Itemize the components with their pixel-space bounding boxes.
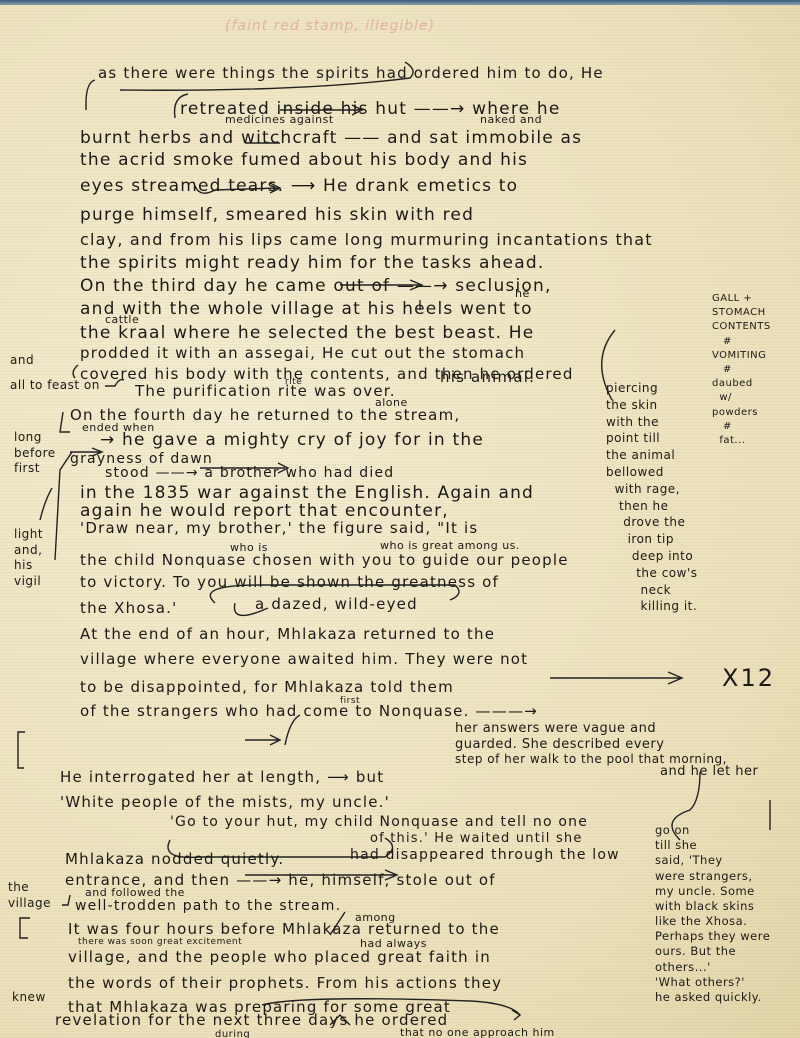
text-line-20: again he would report that encounter, bbox=[80, 503, 449, 520]
text-line-32: of this.' He waited until she bbox=[370, 832, 583, 845]
left-margin-knew: knew bbox=[12, 990, 46, 1006]
left-margin-long-before-first: long before first bbox=[14, 430, 56, 477]
page-top-edge bbox=[0, 0, 800, 5]
text-line-37: It was four hours before Mhlakaza return… bbox=[68, 922, 500, 937]
text-line-6: purge himself, smeared his skin with red bbox=[80, 207, 474, 224]
insertion-no-one-approach: that no one approach him bbox=[400, 1027, 555, 1038]
text-line-10: and with the whole village at his heels … bbox=[80, 301, 533, 318]
insertion-and-he-let-her: and he let her bbox=[660, 765, 758, 778]
insertion-her-answers-1: her answers were vague and bbox=[455, 722, 656, 735]
insertion-during: during bbox=[215, 1030, 250, 1038]
text-line-29: He interrogated her at length, ⟶ but bbox=[60, 770, 384, 785]
left-margin-light-vigil: light and, his vigil bbox=[14, 527, 43, 589]
text-line-41: revelation for the next three days he or… bbox=[55, 1013, 448, 1028]
insertion-and-followed: and followed the bbox=[85, 887, 185, 898]
text-line-9: On the third day he came out of ——→ secl… bbox=[80, 278, 552, 295]
insertion-her-answers-2: guarded. She described every bbox=[455, 738, 664, 751]
text-line-39: the words of their prophets. From his ac… bbox=[68, 976, 502, 991]
text-line-3: burnt herbs and witchcraft —— and sat im… bbox=[80, 130, 582, 147]
text-line-5: eyes streamed tears. ⟶ He drank emetics … bbox=[80, 178, 518, 195]
text-line-18: stood ——→ a brother who had died bbox=[105, 466, 394, 480]
right-margin-go-on-notes: go on till she said, 'They were stranger… bbox=[655, 823, 770, 1005]
insertion-rite: rite bbox=[285, 378, 302, 387]
text-line-4: the acrid smoke fumed about his body and… bbox=[80, 152, 528, 169]
page-marker-x12: X12 bbox=[722, 664, 775, 692]
insertion-who-is-great: who is great among us. bbox=[380, 540, 520, 551]
left-margin-all-to-feast: all to feast on bbox=[10, 378, 100, 394]
text-line-8: the spirits might ready him for the task… bbox=[80, 255, 544, 272]
insertion-he: he bbox=[515, 288, 530, 299]
right-margin-piercing-notes: piercing the skin with the point till th… bbox=[606, 380, 698, 615]
text-line-36: well-trodden path to the stream. bbox=[75, 899, 341, 913]
text-line-11: the kraal where he selected the best bea… bbox=[80, 325, 534, 342]
text-line-1: as there were things the spirits had ord… bbox=[98, 66, 604, 81]
faint-red-stamp: (faint red stamp, illegible) bbox=[225, 18, 435, 34]
text-line-22: the child Nonquase chosen with you to gu… bbox=[80, 553, 569, 568]
text-line-21: 'Draw near, my brother,' the figure said… bbox=[80, 521, 478, 536]
text-line-17: grayness of dawn bbox=[70, 452, 213, 466]
left-margin-the-village: the village bbox=[8, 880, 51, 911]
text-line-19: in the 1835 war against the English. Aga… bbox=[80, 485, 534, 502]
left-margin-and: and bbox=[10, 353, 34, 369]
text-line-28: of the strangers who had come to Nonquas… bbox=[80, 704, 538, 719]
insertion-naked-and: naked and bbox=[480, 114, 542, 125]
insertion-excitement: there was soon great excitement bbox=[78, 938, 242, 947]
text-line-38: village, and the people who placed great… bbox=[68, 950, 491, 965]
text-line-26: village where everyone awaited him. They… bbox=[80, 652, 528, 667]
insertion-medicines-against: medicines against bbox=[225, 114, 334, 125]
text-line-33: Mhlakaza nodded quietly. bbox=[65, 852, 284, 867]
insertion-alone: alone bbox=[375, 397, 408, 408]
text-line-25: At the end of an hour, Mhlakaza returned… bbox=[80, 627, 495, 642]
text-line-16: → he gave a mighty cry of joy for in the bbox=[100, 432, 484, 449]
text-line-14: The purification rite was over. bbox=[135, 384, 396, 399]
text-line-24: the Xhosa.' bbox=[80, 601, 177, 616]
insertion-his-animal: his animal. bbox=[440, 370, 535, 385]
text-line-23: to victory. To you will be shown the gre… bbox=[80, 575, 499, 590]
insertion-dazed: a dazed, wild-eyed bbox=[255, 597, 418, 612]
right-margin-gall-notes: GALL + STOMACH CONTENTS # VOMITING # dau… bbox=[712, 292, 771, 448]
text-line-34: had disappeared through the low bbox=[350, 848, 620, 862]
text-line-12: prodded it with an assegai, He cut out t… bbox=[80, 346, 525, 361]
text-line-30: 'White people of the mists, my uncle.' bbox=[60, 795, 390, 810]
text-line-7: clay, and from his lips came long murmur… bbox=[80, 232, 653, 248]
text-line-31: 'Go to your hut, my child Nonquase and t… bbox=[170, 815, 588, 829]
text-line-27: to be disappointed, for Mhlakaza told th… bbox=[80, 680, 454, 695]
